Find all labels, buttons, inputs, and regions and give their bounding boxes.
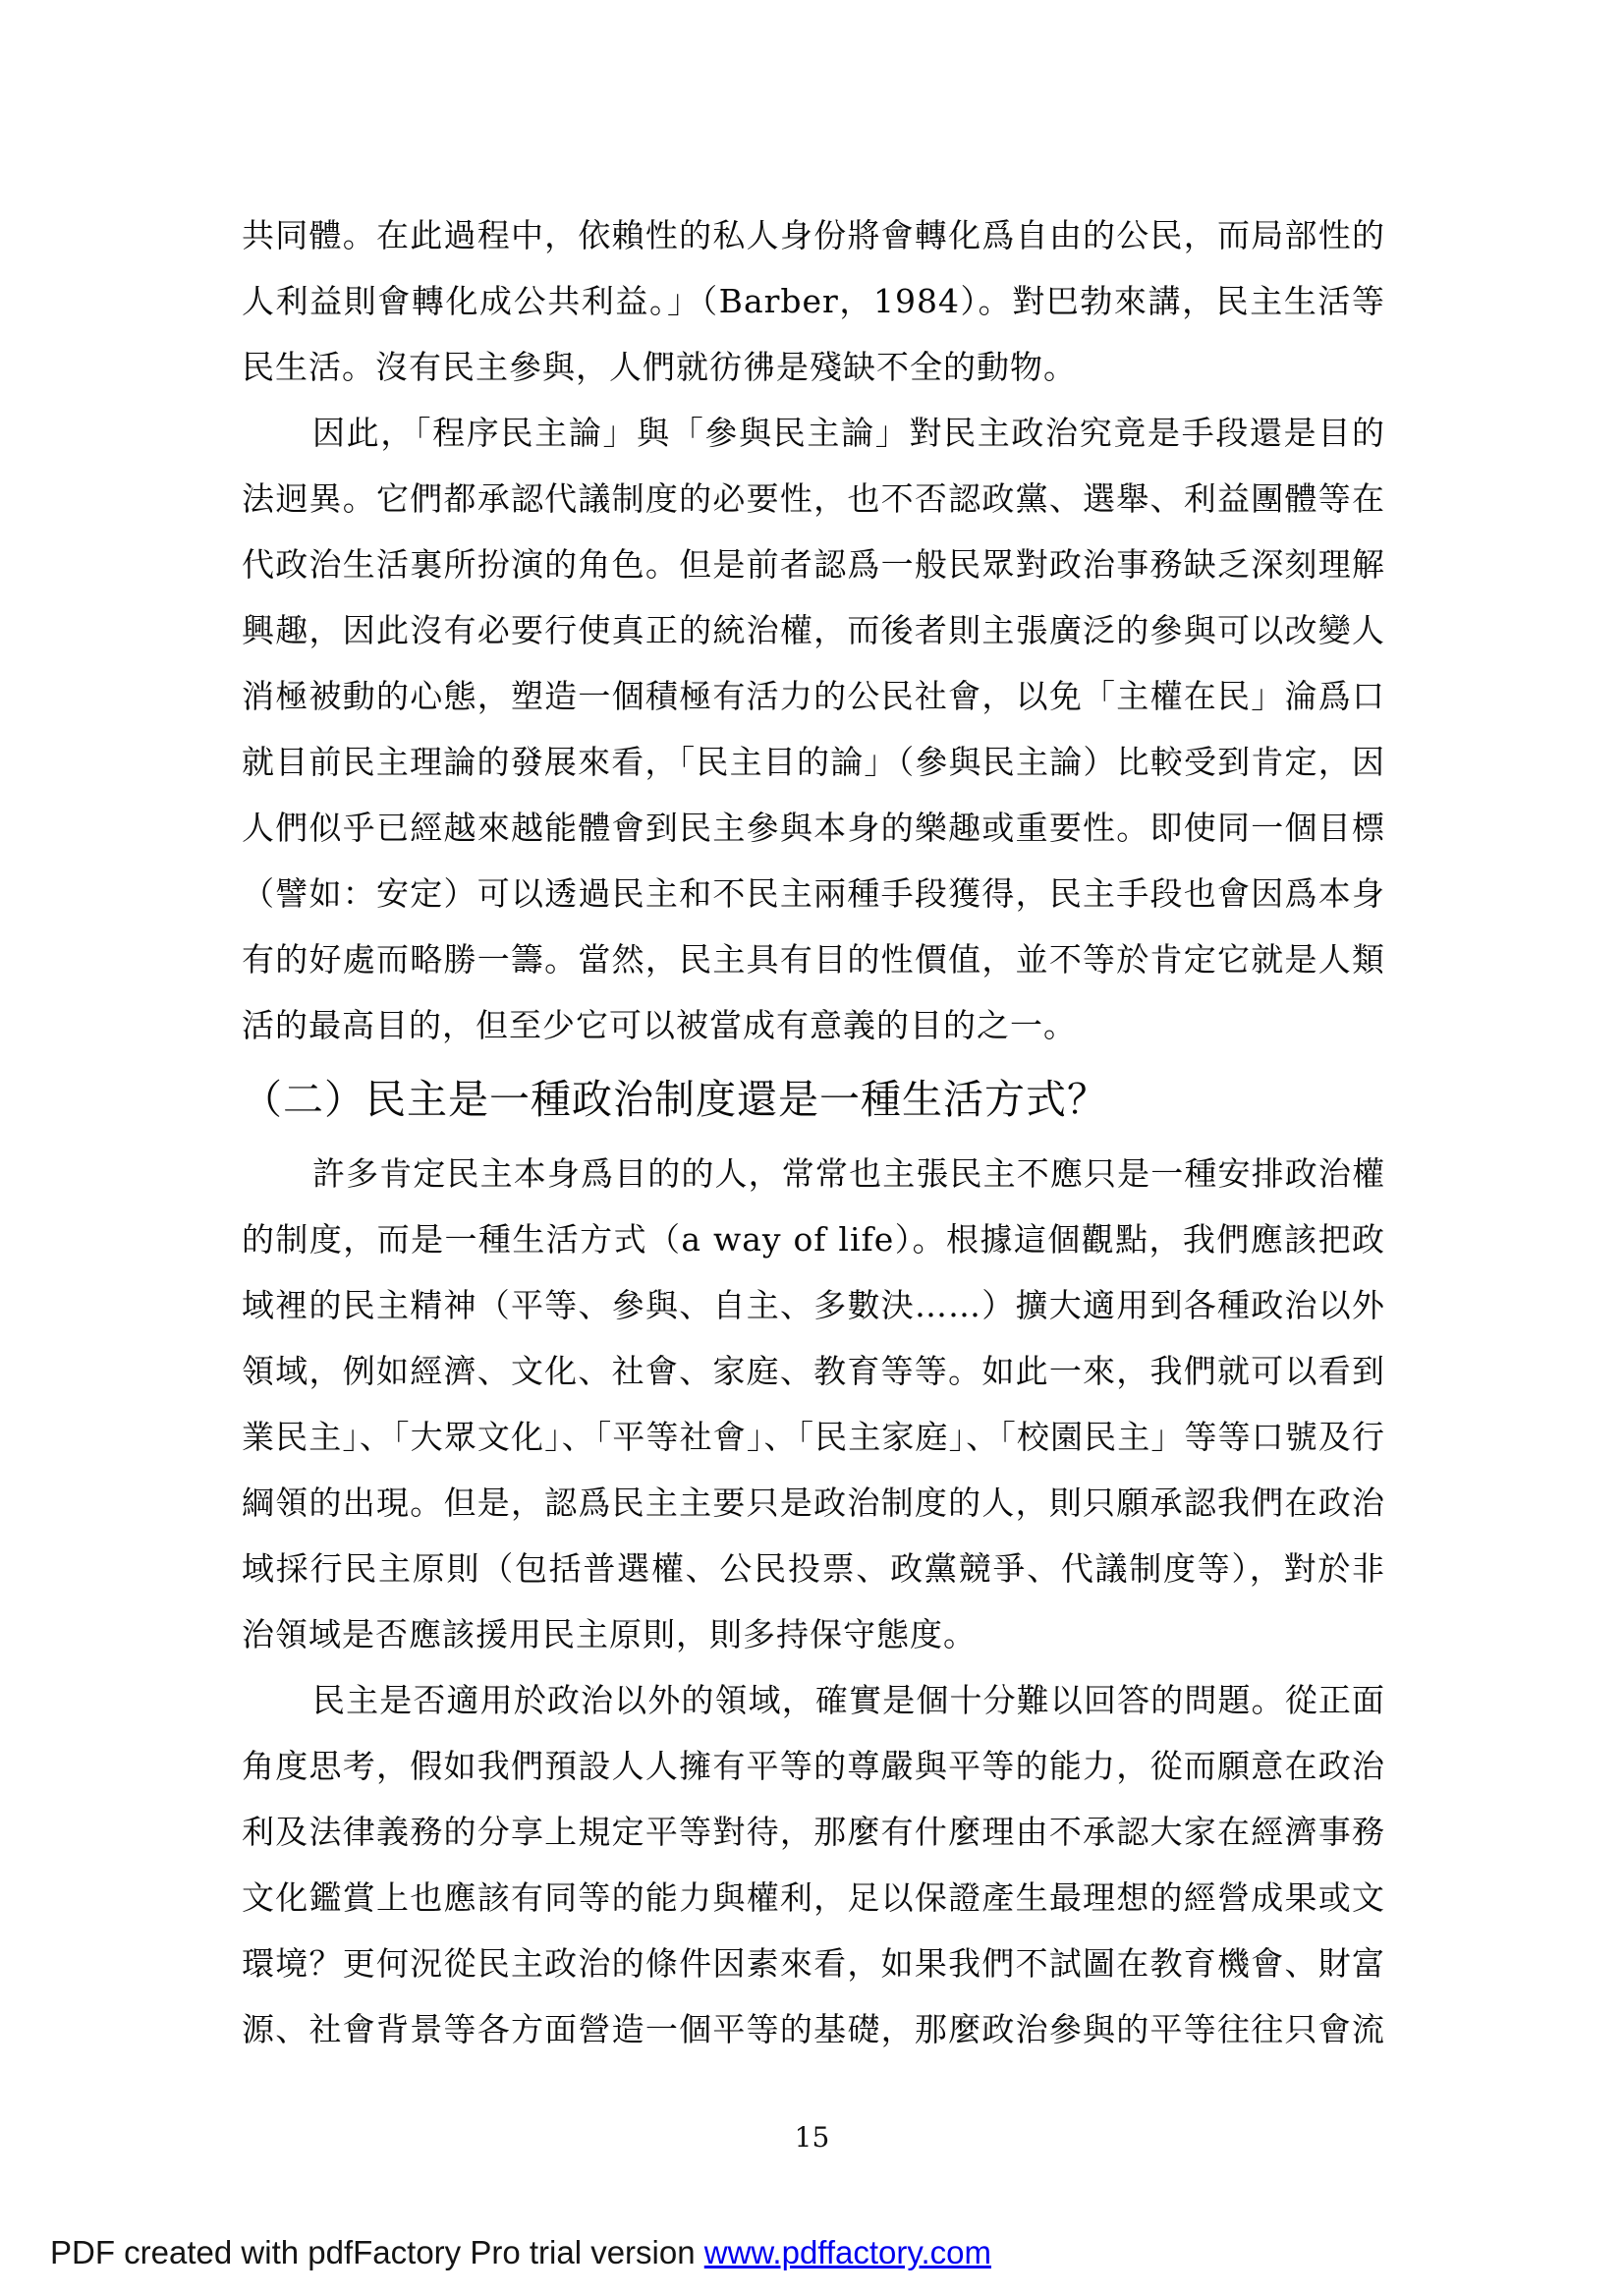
text-line: 代政治生活裏所扮演的角色。但是前者認爲一般民眾對政治事務缺乏深刻理解與: [242, 532, 1385, 597]
text-line: 共同體。在此過程中，依賴性的私人身份將會轉化爲自由的公民，而局部性的私: [242, 202, 1385, 268]
pdffactory-link[interactable]: www.pdffactory.com: [704, 2234, 991, 2270]
text-line: 有的好處而略勝一籌。當然，民主具有目的性價值，並不等於肯定它就是人類生: [242, 926, 1385, 992]
text-line: 環境？更何況從民主政治的條件因素來看，如果我們不試圖在教育機會、財富資: [242, 1931, 1385, 1996]
text-line: 利及法律義務的分享上規定平等對待，那麼有什麼理由不承認大家在經濟事務或: [242, 1799, 1385, 1865]
text-line: 許多肯定民主本身爲目的的人，常常也主張民主不應只是一種安排政治權力: [242, 1141, 1385, 1206]
watermark-text: PDF created with pdfFactory Pro trial ve…: [50, 2234, 704, 2270]
text-line: 角度思考，假如我們預設人人擁有平等的尊嚴與平等的能力，從而願意在政治權: [242, 1733, 1385, 1799]
text-line: 消極被動的心態，塑造一個積極有活力的公民社會，以免「主權在民」淪爲口號。: [242, 663, 1385, 729]
text-line: 活的最高目的，但至少它可以被當成有意義的目的之一。: [242, 992, 1385, 1058]
text-line: 因此，「程序民主論」與「參與民主論」對民主政治究竟是手段還是目的看: [242, 400, 1385, 466]
page-number: 15: [0, 2120, 1624, 2156]
text-line: 源、社會背景等各方面營造一個平等的基礎，那麼政治參與的平等往往只會流於: [242, 1996, 1385, 2062]
text-line: 域採行民主原則（包括普選權、公民投票、政黨競爭、代議制度等），對於非政: [242, 1536, 1385, 1601]
text-line: 的制度，而是一種生活方式（a way of life）。根據這個觀點，我們應該把…: [242, 1206, 1385, 1272]
text-line: 域裡的民主精神（平等、參與、自主、多數決……）擴大適用到各種政治以外的: [242, 1272, 1385, 1338]
text-line: 文化鑑賞上也應該有同等的能力與權利，足以保證產生最理想的經營成果或文化: [242, 1865, 1385, 1931]
document-body: 共同體。在此過程中，依賴性的私人身份將會轉化爲自由的公民，而局部性的私人利益則會…: [242, 202, 1385, 2062]
text-line: 民生活。沒有民主參與，人們就彷彿是殘缺不全的動物。: [242, 334, 1385, 400]
text-line: 興趣，因此沒有必要行使真正的統治權，而後者則主張廣泛的參與可以改變人們: [242, 597, 1385, 663]
text-line: 就目前民主理論的發展來看，「民主目的論」（參與民主論）比較受到肯定，因爲: [242, 729, 1385, 795]
text-line: 領域，例如經濟、文化、社會、家庭、教育等等。如此一來，我們就可以看到「產: [242, 1338, 1385, 1404]
text-line: 人利益則會轉化成公共利益。」（Barber，1984）。對巴勃來講，民主生活等於…: [242, 268, 1385, 334]
text-line: 治領域是否應該援用民主原則，則多持保守態度。: [242, 1601, 1385, 1667]
text-line: 業民主」、「大眾文化」、「平等社會」、「民主家庭」、「校園民主」等等口號及行動: [242, 1404, 1385, 1470]
text-line: 民主是否適用於政治以外的領域，確實是個十分難以回答的問題。從正面的: [242, 1667, 1385, 1733]
section-heading: （二）民主是一種政治制度還是一種生活方式？: [242, 1058, 1385, 1141]
pdf-watermark: PDF created with pdfFactory Pro trial ve…: [50, 2232, 991, 2273]
text-line: （譬如：安定）可以透過民主和不民主兩種手段獲得，民主手段也會因爲本身特: [242, 861, 1385, 926]
text-line: 綱領的出現。但是，認爲民主主要只是政治制度的人，則只願承認我們在政治領: [242, 1470, 1385, 1536]
document-page: 共同體。在此過程中，依賴性的私人身份將會轉化爲自由的公民，而局部性的私人利益則會…: [0, 0, 1624, 2296]
text-line: 人們似乎已經越來越能體會到民主參與本身的樂趣或重要性。即使同一個目標: [242, 795, 1385, 861]
text-line: 法迥異。它們都承認代議制度的必要性，也不否認政黨、選舉、利益團體等在現: [242, 466, 1385, 532]
